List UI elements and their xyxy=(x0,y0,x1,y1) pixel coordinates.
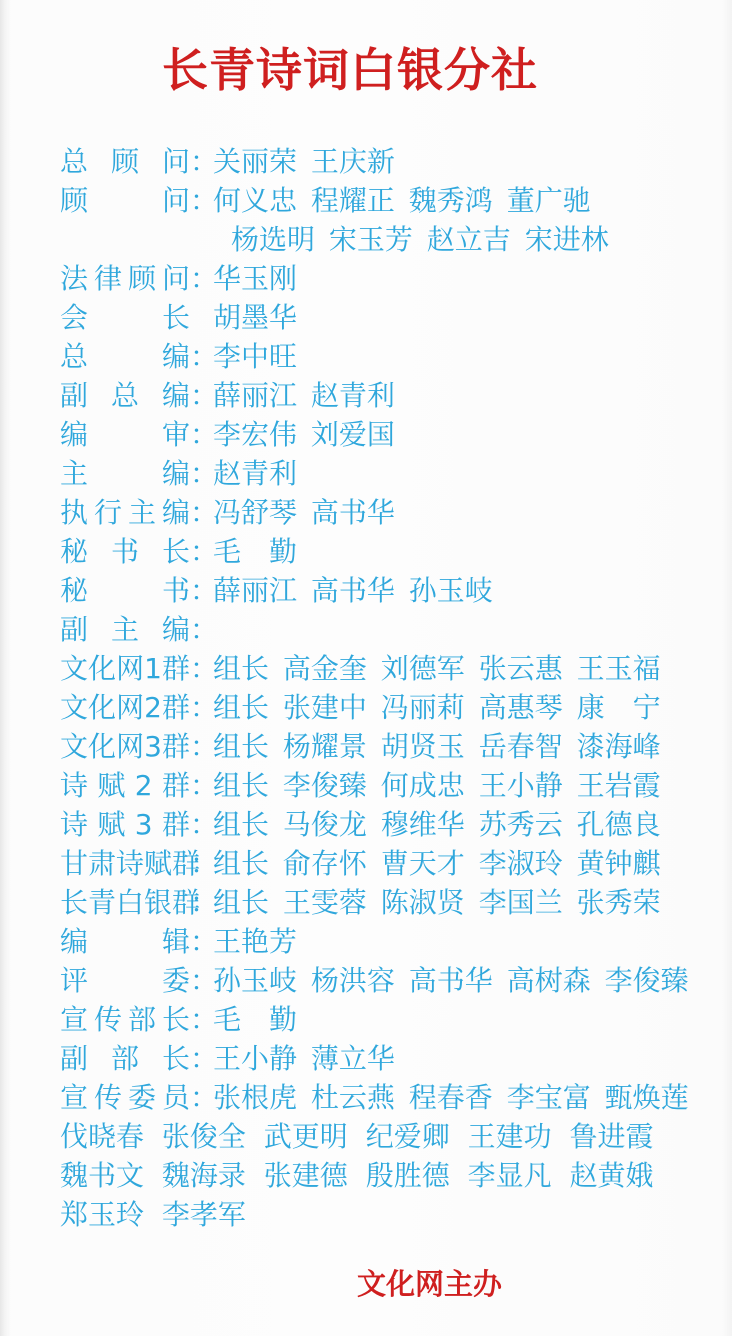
role-colon: ： xyxy=(190,998,213,1038)
role-label: 主编 xyxy=(60,452,190,492)
role-label: 编审 xyxy=(60,413,190,453)
role-colon: ： xyxy=(190,764,213,804)
roster-row: 副主编： xyxy=(60,608,712,647)
role-names: 王小静 薄立华 xyxy=(213,1037,395,1077)
roster-row: 副部长：王小静 薄立华 xyxy=(60,1037,712,1076)
roster-row: 编审：李宏伟 刘爱国 xyxy=(60,413,712,452)
role-colon: ： xyxy=(190,1037,213,1077)
roster-row: 文化网2群：组长 张建中 冯丽莉 高惠琴 康 宁 xyxy=(60,686,712,725)
role-label: 总顾问 xyxy=(60,140,190,180)
role-names: 组长 俞存怀 曹天才 李淑玲 黄钟麒 xyxy=(213,842,661,882)
roster-row: 甘肃诗赋群：组长 俞存怀 曹天才 李淑玲 黄钟麒 xyxy=(60,842,712,881)
role-label: 会长 xyxy=(60,296,190,336)
role-colon: ： xyxy=(190,335,213,375)
roster-row: 总顾问：关丽荣 王庆新 xyxy=(60,140,712,179)
role-names: 孙玉岐 杨洪容 高书华 高树森 李俊臻 xyxy=(213,959,689,999)
role-names: 李中旺 xyxy=(213,335,297,375)
page-title: 长青诗词白银分社 xyxy=(0,34,700,100)
role-names: 组长 王雯蓉 陈淑贤 李国兰 张秀荣 xyxy=(213,881,661,921)
role-colon: ： xyxy=(190,1076,213,1116)
role-colon: ： xyxy=(190,647,213,687)
role-label: 评委 xyxy=(60,959,190,999)
footer-publisher: 文化网主办 xyxy=(357,1262,502,1303)
role-label: 长青白银群 xyxy=(60,881,190,921)
role-label: 副主编 xyxy=(60,608,190,648)
roster-row: 会长胡墨华 xyxy=(60,296,712,335)
role-colon: ： xyxy=(190,374,213,414)
role-colon: ： xyxy=(190,491,213,531)
roster-row: 顾问：何义忠 程耀正 魏秀鸿 董广驰 xyxy=(60,179,712,218)
roster-row: 诗赋3群：组长 马俊龙 穆维华 苏秀云 孔德良 xyxy=(60,803,712,842)
role-label: 文化网3群 xyxy=(60,725,190,765)
roster: 总顾问：关丽荣 王庆新顾问：何义忠 程耀正 魏秀鸿 董广驰杨选明 宋玉芳 赵立吉… xyxy=(60,140,712,1232)
role-names: 关丽荣 王庆新 xyxy=(213,140,395,180)
role-label: 甘肃诗赋群 xyxy=(60,842,190,882)
role-colon: ： xyxy=(190,179,213,219)
role-colon: ： xyxy=(190,530,213,570)
roster-row: 郑玉玲 李孝军 xyxy=(60,1193,712,1232)
roster-row: 秘书长：毛 勤 xyxy=(60,530,712,569)
role-colon: ： xyxy=(190,257,213,297)
role-colon: ： xyxy=(190,452,213,492)
role-names: 薛丽江 高书华 孙玉岐 xyxy=(213,569,493,609)
role-label: 执行主编 xyxy=(60,491,190,531)
role-colon: ： xyxy=(190,920,213,960)
role-label: 法律顾问 xyxy=(60,257,190,297)
role-names: 郑玉玲 李孝军 xyxy=(60,1193,246,1233)
role-names: 赵青利 xyxy=(213,452,297,492)
role-colon: ： xyxy=(190,608,213,648)
roster-row: 评委：孙玉岐 杨洪容 高书华 高树森 李俊臻 xyxy=(60,959,712,998)
role-names: 杨选明 宋玉芳 赵立吉 宋进林 xyxy=(231,218,609,258)
roster-row: 法律顾问：华玉刚 xyxy=(60,257,712,296)
role-label: 副总编 xyxy=(60,374,190,414)
role-label: 宣传委员 xyxy=(60,1076,190,1116)
role-label: 秘书 xyxy=(60,569,190,609)
role-colon: ： xyxy=(190,413,213,453)
role-label: 文化网2群 xyxy=(60,686,190,726)
role-names: 伐晓春 张俊全 武更明 纪爱卿 王建功 鲁进霞 xyxy=(60,1115,654,1155)
role-label: 编辑 xyxy=(60,920,190,960)
role-names: 组长 马俊龙 穆维华 苏秀云 孔德良 xyxy=(213,803,661,843)
role-colon: ： xyxy=(190,725,213,765)
role-label: 顾问 xyxy=(60,179,190,219)
role-names: 华玉刚 xyxy=(213,257,297,297)
role-names: 何义忠 程耀正 魏秀鸿 董广驰 xyxy=(213,179,591,219)
roster-row: 执行主编：冯舒琴 高书华 xyxy=(60,491,712,530)
roster-row: 主编：赵青利 xyxy=(60,452,712,491)
role-names: 组长 李俊臻 何成忠 王小静 王岩霞 xyxy=(213,764,661,804)
roster-row: 宣传委员：张根虎 杜云燕 程春香 李宝富 甄焕莲 xyxy=(60,1076,712,1115)
role-names: 组长 高金奎 刘德军 张云惠 王玉福 xyxy=(213,647,661,687)
roster-row: 文化网1群：组长 高金奎 刘德军 张云惠 王玉福 xyxy=(60,647,712,686)
role-label: 总编 xyxy=(60,335,190,375)
role-names: 毛 勤 xyxy=(213,530,297,570)
role-names: 魏书文 魏海录 张建德 殷胜德 李显凡 赵黄娥 xyxy=(60,1154,654,1194)
role-colon: ： xyxy=(190,959,213,999)
roster-row: 编辑：王艳芳 xyxy=(60,920,712,959)
role-names: 李宏伟 刘爱国 xyxy=(213,413,395,453)
document-page: 长青诗词白银分社 总顾问：关丽荣 王庆新顾问：何义忠 程耀正 魏秀鸿 董广驰杨选… xyxy=(0,0,732,1336)
roster-row: 魏书文 魏海录 张建德 殷胜德 李显凡 赵黄娥 xyxy=(60,1154,712,1193)
role-names: 组长 张建中 冯丽莉 高惠琴 康 宁 xyxy=(213,686,661,726)
roster-row: 长青白银群：组长 王雯蓉 陈淑贤 李国兰 张秀荣 xyxy=(60,881,712,920)
role-names: 冯舒琴 高书华 xyxy=(213,491,395,531)
role-names: 薛丽江 赵青利 xyxy=(213,374,395,414)
role-colon: ： xyxy=(190,881,213,921)
role-colon: ： xyxy=(190,569,213,609)
role-label: 副部长 xyxy=(60,1037,190,1077)
role-colon: ： xyxy=(190,842,213,882)
roster-row: 副总编：薛丽江 赵青利 xyxy=(60,374,712,413)
role-label: 文化网1群 xyxy=(60,647,190,687)
role-names: 张根虎 杜云燕 程春香 李宝富 甄焕莲 xyxy=(213,1076,689,1116)
roster-row: 杨选明 宋玉芳 赵立吉 宋进林 xyxy=(60,218,712,257)
role-label: 秘书长 xyxy=(60,530,190,570)
roster-row: 秘书：薛丽江 高书华 孙玉岐 xyxy=(60,569,712,608)
roster-row: 文化网3群：组长 杨耀景 胡贤玉 岳春智 漆海峰 xyxy=(60,725,712,764)
role-names: 王艳芳 xyxy=(213,920,297,960)
role-label: 诗赋3群 xyxy=(60,803,190,843)
role-colon: ： xyxy=(190,803,213,843)
role-colon: ： xyxy=(190,686,213,726)
role-label: 宣传部长 xyxy=(60,998,190,1038)
role-names: 胡墨华 xyxy=(213,296,297,336)
role-names: 组长 杨耀景 胡贤玉 岳春智 漆海峰 xyxy=(213,725,661,765)
role-colon: ： xyxy=(190,140,213,180)
roster-row: 宣传部长：毛 勤 xyxy=(60,998,712,1037)
roster-row: 伐晓春 张俊全 武更明 纪爱卿 王建功 鲁进霞 xyxy=(60,1115,712,1154)
roster-row: 总编：李中旺 xyxy=(60,335,712,374)
role-label: 诗赋2群 xyxy=(60,764,190,804)
roster-row: 诗赋2群：组长 李俊臻 何成忠 王小静 王岩霞 xyxy=(60,764,712,803)
role-names: 毛 勤 xyxy=(213,998,297,1038)
